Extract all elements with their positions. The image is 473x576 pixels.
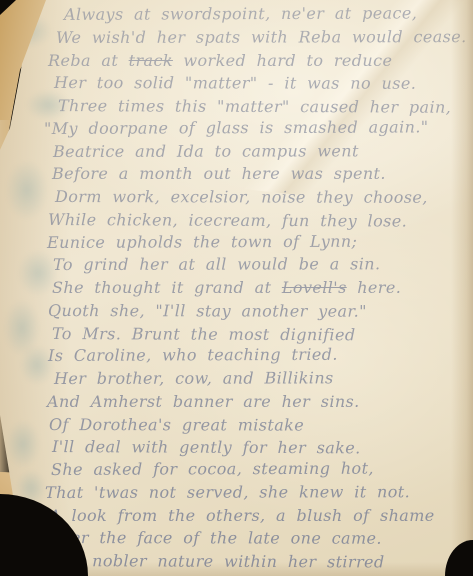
poem-line: Beatrice and Ida to campus went: [40, 140, 463, 164]
poem-text: Always at swordspoint, ne'er at peace,We…: [40, 4, 463, 573]
poem-segment: To Mrs. Brunt the most dignified: [52, 324, 356, 344]
poem-segment: I'll deal with gently for her sake.: [52, 437, 361, 457]
poem-segment: Three times this "matter" caused her pai…: [58, 96, 451, 117]
poem-line: Always at swordspoint, ne'er at peace,: [40, 2, 463, 27]
poem-segment: She thought it grand at: [52, 278, 282, 297]
poem-line: A look from the others, a blush of shame: [40, 505, 463, 528]
poem-line: Dorm work, excelsior, noise they choose,: [40, 186, 463, 210]
poem-segment: We wish'd her spats with Reba would ceas…: [56, 27, 467, 47]
poem-line: She asked for cocoa, steaming hot,: [40, 457, 463, 482]
struck-word: Lovell's: [282, 278, 347, 297]
poem-line: Of Dorothea's great mistake: [40, 414, 463, 438]
poem-segment: That 'twas not served, she knew it not.: [45, 482, 410, 502]
poem-segment: Quoth she, "I'll stay another year.": [48, 301, 367, 321]
poem-segment: Always at swordspoint, ne'er at peace,: [64, 3, 417, 23]
poem-line: Over the face of the late one came.: [40, 527, 463, 551]
poem-line: Eunice upholds the town of Lynn;: [40, 230, 463, 255]
poem-segment: To grind her at all would be a sin.: [53, 255, 380, 275]
photo-frame: Always at swordspoint, ne'er at peace,We…: [0, 0, 473, 576]
poem-line: She thought it grand at Lovell's here.: [40, 277, 463, 300]
poem-segment: worked hard to reduce: [173, 51, 392, 70]
poem-line: Reba at track worked hard to reduce: [40, 50, 463, 73]
poem-segment: While chicken, icecream, fun they lose.: [48, 210, 407, 231]
poem-line: We wish'd her spats with Reba would ceas…: [40, 26, 463, 50]
poem-segment: And Amherst banner are her sins.: [47, 392, 360, 411]
poem-line: That 'twas not served, she knew it not.: [40, 481, 463, 505]
poem-segment: Over the face of the late one came.: [48, 528, 382, 548]
poem-segment: Reba at: [48, 51, 129, 70]
poem-segment: A look from the others, a blush of shame: [49, 506, 435, 525]
poem-line: Her brother, cow, and Billikins: [40, 367, 463, 391]
poem-line: Is Caroline, who teaching tried.: [40, 343, 463, 368]
ink-bleedthrough-smudge: [6, 420, 40, 468]
poem-segment: here.: [347, 278, 401, 297]
poem-line: Quoth she, "I'll stay another year.": [40, 300, 463, 324]
poem-line: To grind her at all would be a sin.: [40, 253, 463, 277]
poem-segment: Of Dorothea's great mistake: [49, 415, 304, 435]
poem-segment: Eunice upholds the town of Lynn;: [47, 231, 357, 251]
poem-line: Her too solid "matter" - it was no use.: [40, 72, 463, 96]
struck-word: track: [129, 51, 173, 70]
poem-line: And Amherst banner are her sins.: [40, 391, 463, 414]
poem-segment: Beatrice and Ida to campus went: [53, 141, 359, 161]
poem-segment: Her brother, cow, and Billikins: [54, 368, 334, 388]
poem-segment: Is Caroline, who teaching tried.: [48, 345, 338, 365]
poem-segment: She asked for cocoa, steaming hot,: [51, 459, 374, 479]
poem-segment: Her too solid "matter" - it was no use.: [54, 73, 416, 93]
poem-segment: Dorm work, excelsior, noise they choose,: [55, 187, 428, 207]
poem-segment: Before a month out here was spent.: [52, 164, 386, 183]
poem-line: "My doorpane of glass is smashed again.": [40, 116, 463, 141]
poem-segment: "My doorpane of glass is smashed again.": [44, 117, 429, 138]
manuscript-page: Always at swordspoint, ne'er at peace,We…: [0, 0, 473, 576]
page-right-edge-shadow: [451, 0, 473, 576]
poem-line: Before a month out here was spent.: [40, 163, 463, 186]
